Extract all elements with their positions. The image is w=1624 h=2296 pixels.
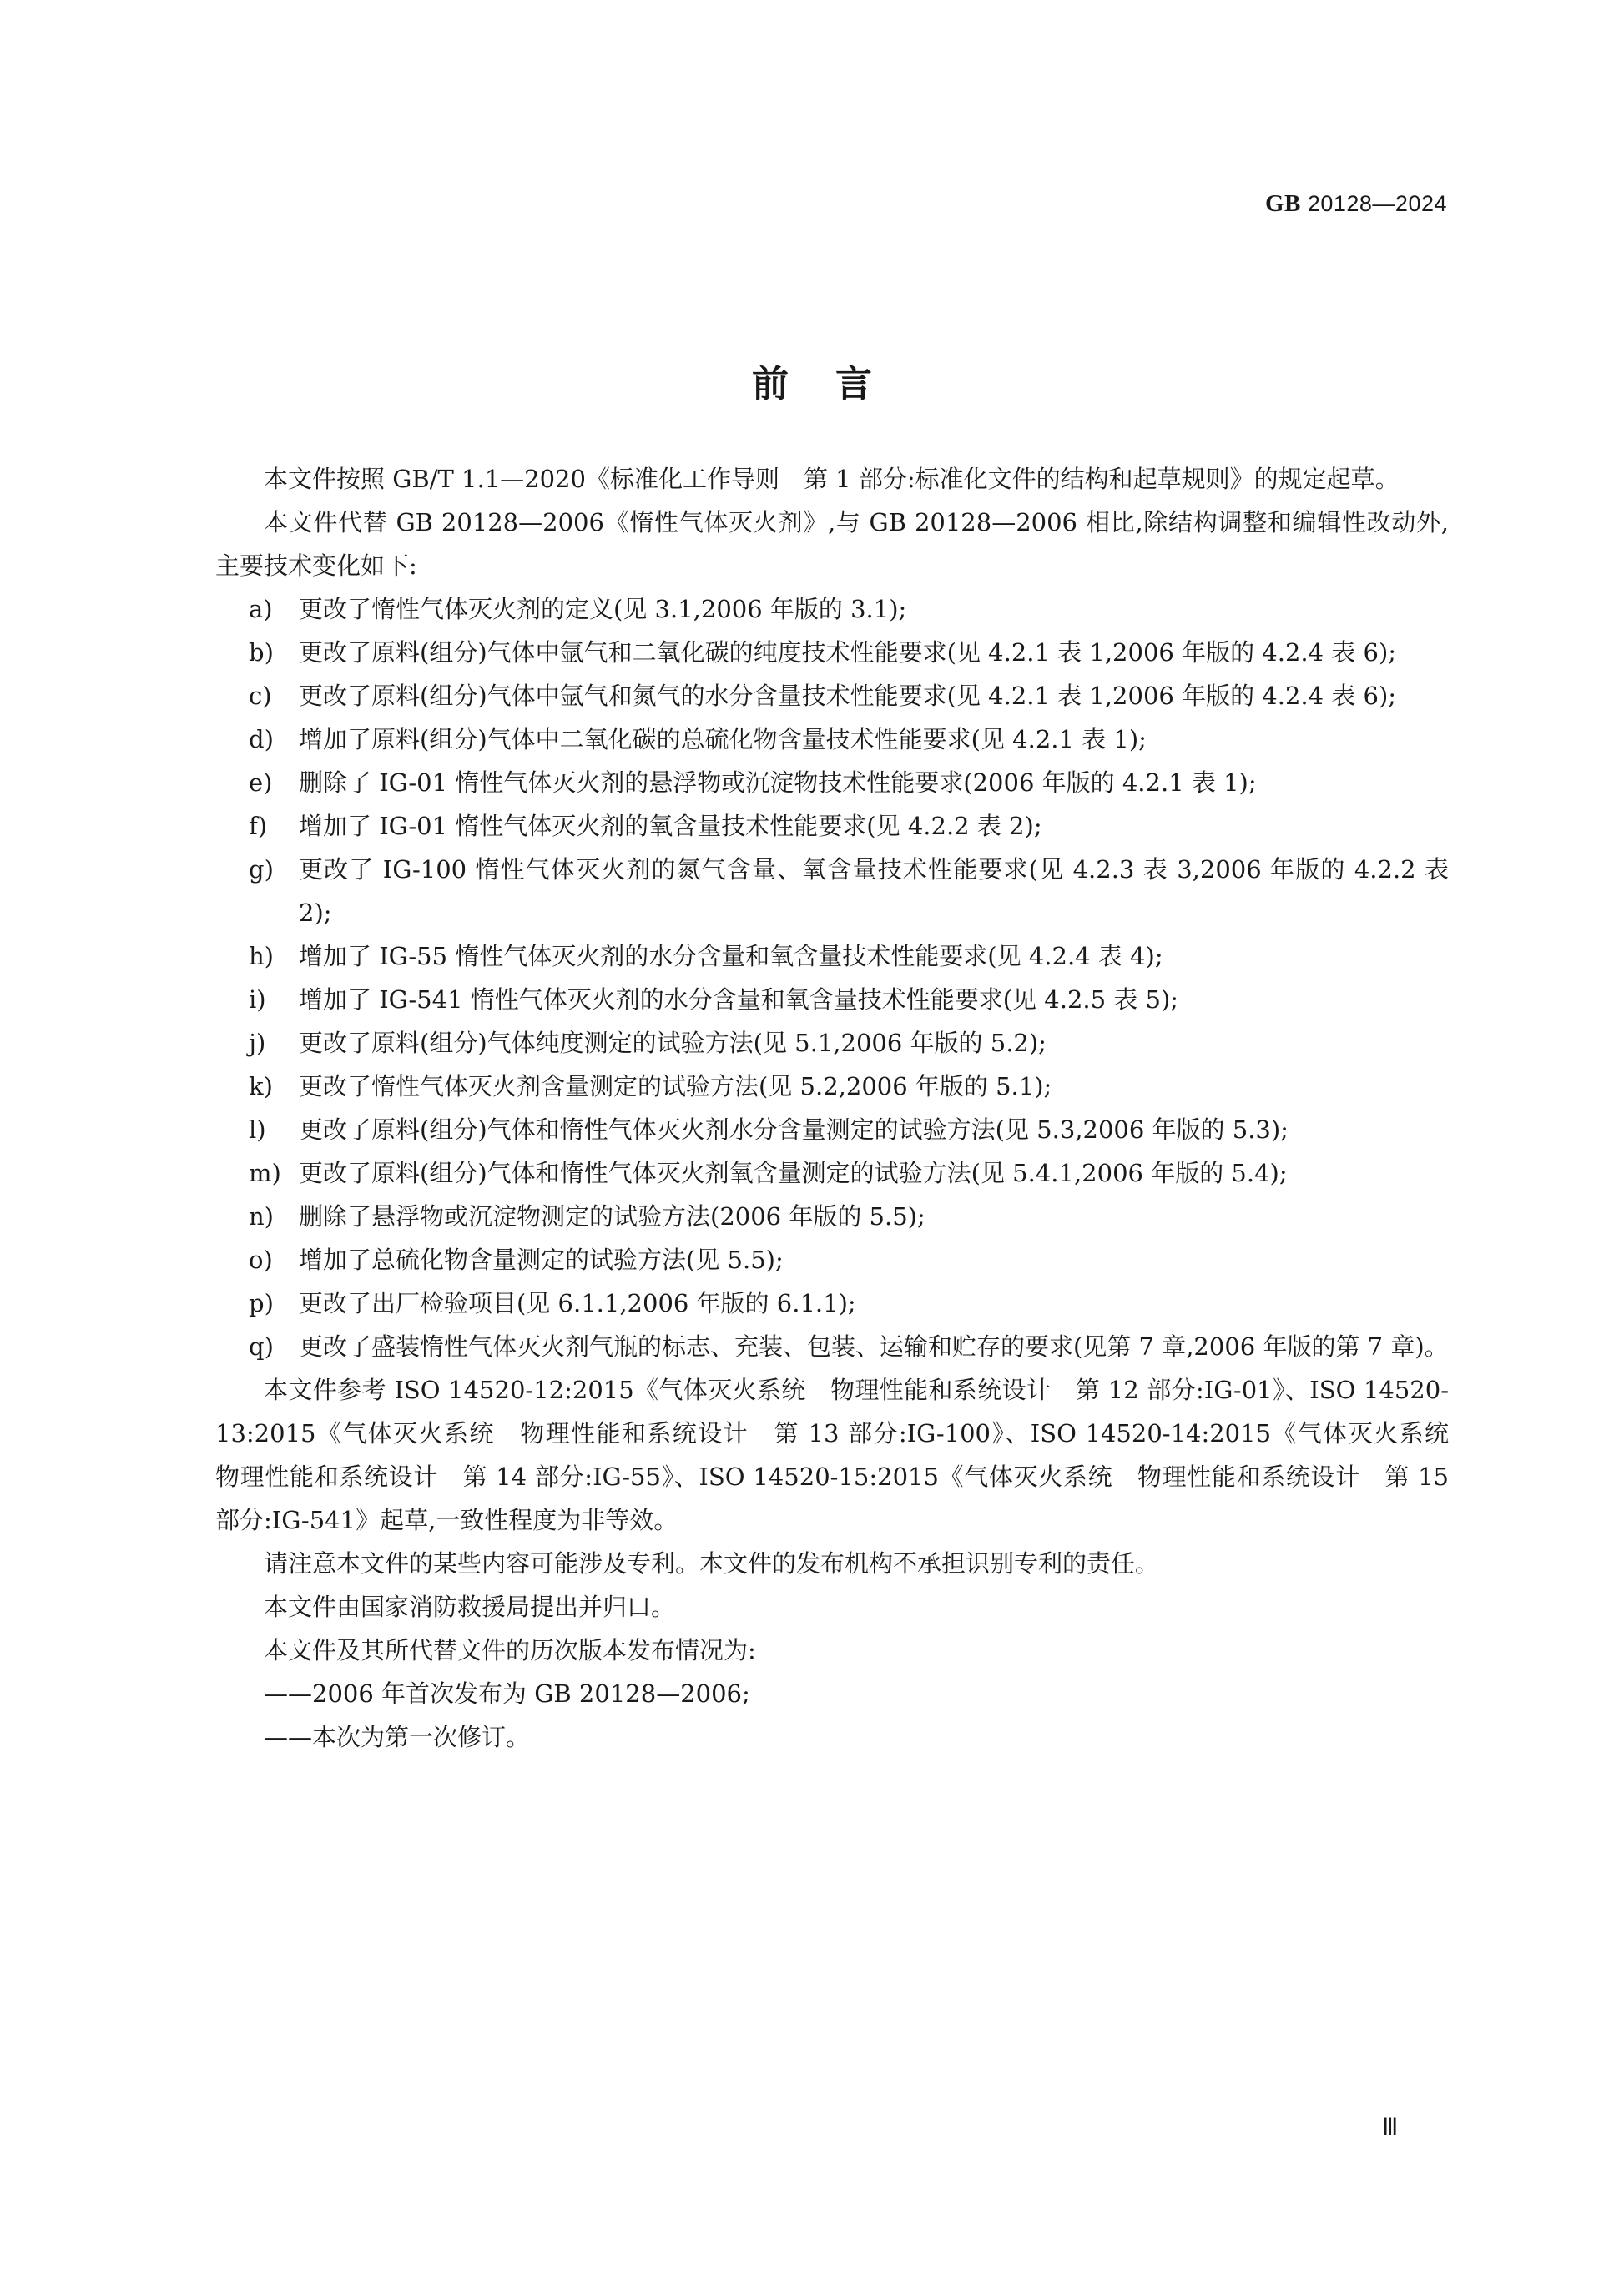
list-item: j)更改了原料(组分)气体纯度测定的试验方法(见 5.1,2006 年版的 5.… xyxy=(249,1021,1449,1065)
standard-prefix: GB xyxy=(1265,190,1301,217)
list-item: f)增加了 IG-01 惰性气体灭火剂的氧含量技术性能要求(见 4.2.2 表 … xyxy=(249,804,1449,848)
list-item: e)删除了 IG-01 惰性气体灭火剂的悬浮物或沉淀物技术性能要求(2006 年… xyxy=(249,761,1449,804)
list-item: m)更改了原料(组分)气体和惰性气体灭火剂氧含量测定的试验方法(见 5.4.1,… xyxy=(249,1151,1449,1195)
foreword-body: 本文件按照 GB/T 1.1—2020《标准化工作导则 第 1 部分:标准化文件… xyxy=(215,457,1449,1759)
list-item: p)更改了出厂检验项目(见 6.1.1,2006 年版的 6.1.1); xyxy=(249,1281,1449,1325)
history-item: ——2006 年首次发布为 GB 20128—2006; xyxy=(264,1672,1449,1715)
list-item: a)更改了惰性气体灭火剂的定义(见 3.1,2006 年版的 3.1); xyxy=(249,587,1449,631)
page-title: 前言 xyxy=(0,354,1624,407)
list-item: c)更改了原料(组分)气体中氩气和氮气的水分含量技术性能要求(见 4.2.1 表… xyxy=(249,674,1449,717)
list-item: g)更改了 IG-100 惰性气体灭火剂的氮气含量、氧含量技术性能要求(见 4.… xyxy=(249,848,1449,934)
technical-changes-list: a)更改了惰性气体灭火剂的定义(见 3.1,2006 年版的 3.1); b)更… xyxy=(215,587,1449,1368)
list-item: q)更改了盛装惰性气体灭火剂气瓶的标志、充装、包装、运输和贮存的要求(见第 7 … xyxy=(249,1325,1449,1368)
drafting-rules-paragraph: 本文件按照 GB/T 1.1—2020《标准化工作导则 第 1 部分:标准化文件… xyxy=(215,457,1449,501)
list-item: b)更改了原料(组分)气体中氩气和二氧化碳的纯度技术性能要求(见 4.2.1 表… xyxy=(249,631,1449,674)
standard-number: 20128—2024 xyxy=(1301,191,1447,216)
history-item: ——本次为第一次修订。 xyxy=(264,1715,1449,1759)
page-number: Ⅲ xyxy=(1382,2113,1398,2142)
list-item: k)更改了惰性气体灭火剂含量测定的试验方法(见 5.2,2006 年版的 5.1… xyxy=(249,1065,1449,1108)
replacement-paragraph: 本文件代替 GB 20128—2006《惰性气体灭火剂》,与 GB 20128—… xyxy=(215,501,1449,587)
list-item: i)增加了 IG-541 惰性气体灭火剂的水分含量和氧含量技术性能要求(见 4.… xyxy=(249,978,1449,1021)
list-item: o)增加了总硫化物含量测定的试验方法(见 5.5); xyxy=(249,1238,1449,1281)
history-intro-paragraph: 本文件及其所代替文件的历次版本发布情况为: xyxy=(215,1629,1449,1672)
list-item: d)增加了原料(组分)气体中二氧化碳的总硫化物含量技术性能要求(见 4.2.1 … xyxy=(249,717,1449,761)
standard-code: GB 20128—2024 xyxy=(1265,190,1447,218)
list-item: l)更改了原料(组分)气体和惰性气体灭火剂水分含量测定的试验方法(见 5.3,2… xyxy=(249,1108,1449,1151)
list-item: n)删除了悬浮物或沉淀物测定的试验方法(2006 年版的 5.5); xyxy=(249,1195,1449,1238)
list-item: h)增加了 IG-55 惰性气体灭火剂的水分含量和氧含量技术性能要求(见 4.2… xyxy=(249,934,1449,978)
proposer-paragraph: 本文件由国家消防救援局提出并归口。 xyxy=(215,1585,1449,1629)
patent-notice-paragraph: 请注意本文件的某些内容可能涉及专利。本文件的发布机构不承担识别专利的责任。 xyxy=(215,1542,1449,1585)
reference-standards-paragraph: 本文件参考 ISO 14520-12:2015《气体灭火系统 物理性能和系统设计… xyxy=(215,1368,1449,1542)
